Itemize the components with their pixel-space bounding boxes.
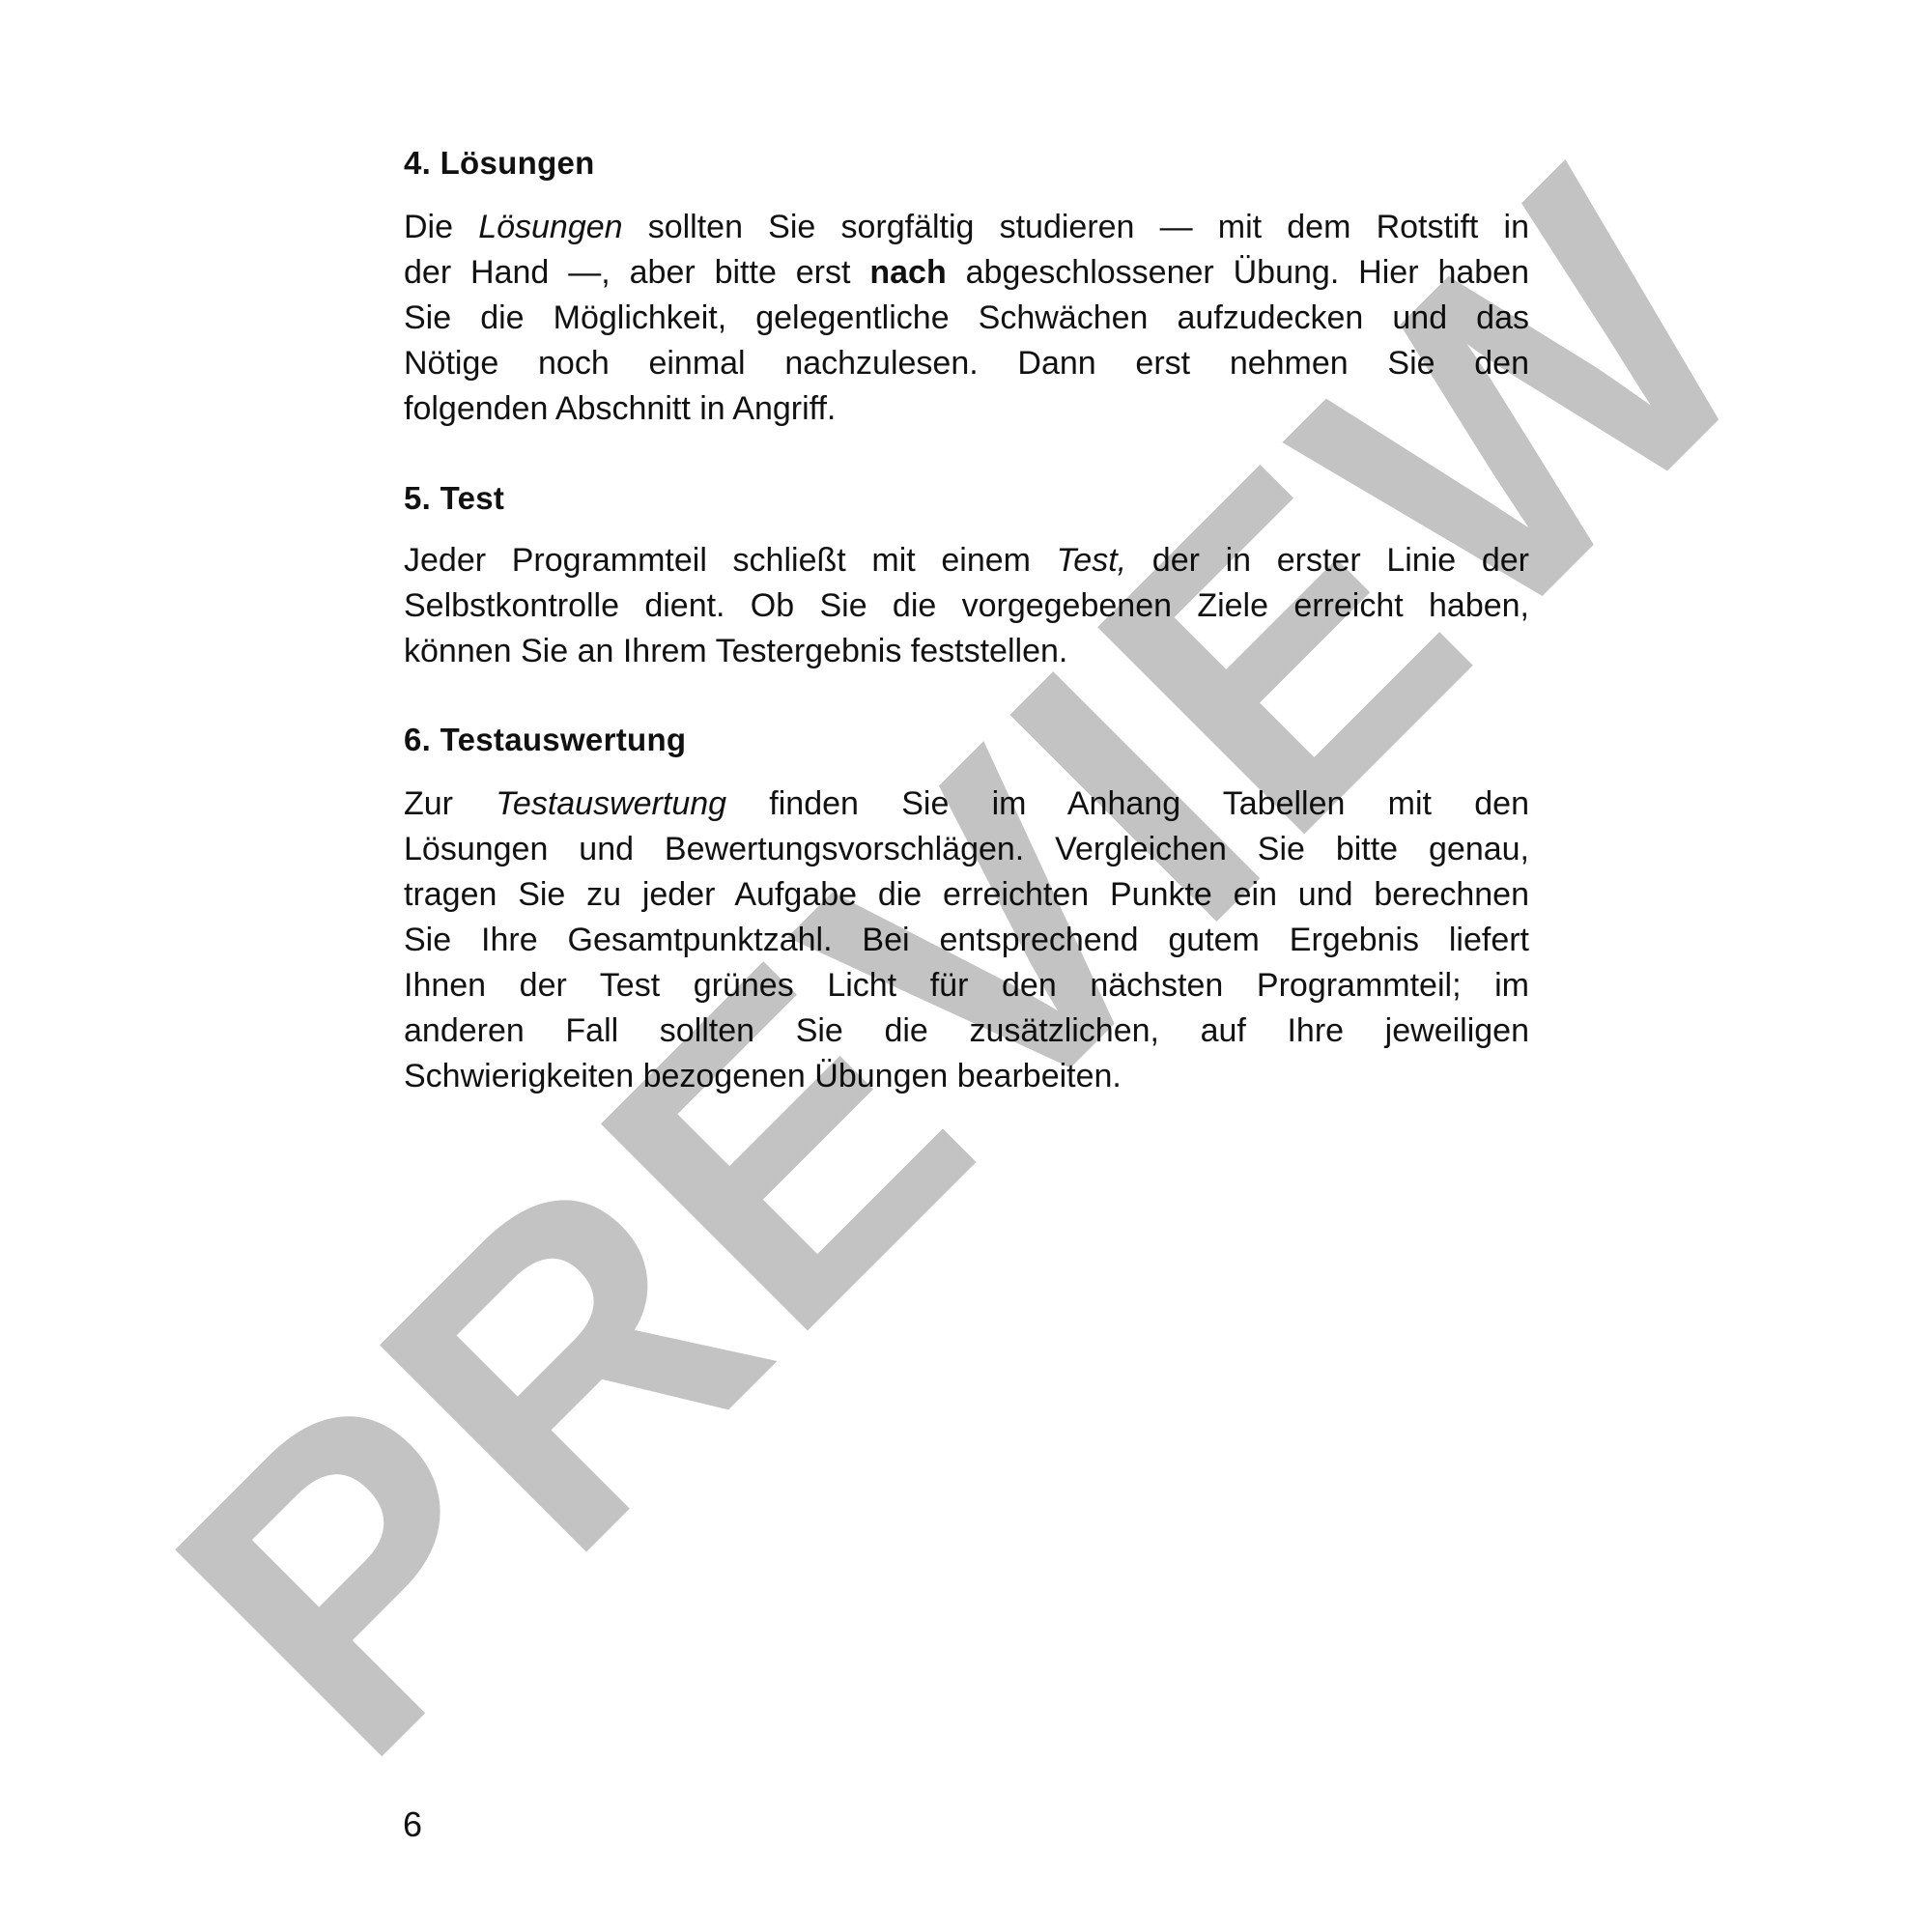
- text-line: Schwierigkeiten bezogenen Übungen bearbe…: [404, 1054, 1529, 1099]
- page-number: 6: [403, 1804, 422, 1845]
- section-body-loesungen: Die Lösungen sollten Sie sorgfältig stud…: [404, 205, 1529, 432]
- text-line: Sie die Möglichkeit, gelegentliche Schwä…: [404, 296, 1529, 341]
- text-line: Lösungen und Bewertungsvorschlägen. Verg…: [404, 827, 1529, 872]
- text-line: Selbstkontrolle dient. Ob Sie die vorgeg…: [404, 583, 1529, 629]
- section-body-testauswertung: Zur Testauswertung finden Sie im Anhang …: [404, 781, 1529, 1099]
- text-line: Die Lösungen sollten Sie sorgfältig stud…: [404, 205, 1529, 250]
- section-heading-testauswertung: 6. Testauswertung: [404, 722, 686, 758]
- text-line: Zur Testauswertung finden Sie im Anhang …: [404, 781, 1529, 827]
- text-line: Sie Ihre Gesamtpunktzahl. Bei entspreche…: [404, 918, 1529, 963]
- text-line: können Sie an Ihrem Testergebnis festste…: [404, 629, 1529, 674]
- text-line: Jeder Programmteil schließt mit einem Te…: [404, 538, 1529, 583]
- text-line: folgenden Abschnitt in Angriff.: [404, 386, 1529, 432]
- text-line: Nötige noch einmal nachzulesen. Dann ers…: [404, 341, 1529, 386]
- section-heading-test: 5. Test: [404, 480, 504, 517]
- text-line: der Hand —, aber bitte erst nach abgesch…: [404, 250, 1529, 296]
- text-line: Ihnen der Test grünes Licht für den näch…: [404, 963, 1529, 1009]
- emphasis: Test,: [1057, 542, 1126, 579]
- section-heading-loesungen: 4. Lösungen: [404, 145, 595, 182]
- emphasis: Lösungen: [478, 209, 622, 245]
- emphasis: Testauswertung: [496, 785, 726, 822]
- document-page: 4. Lösungen Die Lösungen sollten Sie sor…: [0, 0, 1932, 1932]
- text-line: tragen Sie zu jeder Aufgabe die erreicht…: [404, 872, 1529, 918]
- text-line: anderen Fall sollten Sie die zusätzliche…: [404, 1009, 1529, 1054]
- section-body-test: Jeder Programmteil schließt mit einem Te…: [404, 538, 1529, 674]
- strong: nach: [869, 254, 946, 291]
